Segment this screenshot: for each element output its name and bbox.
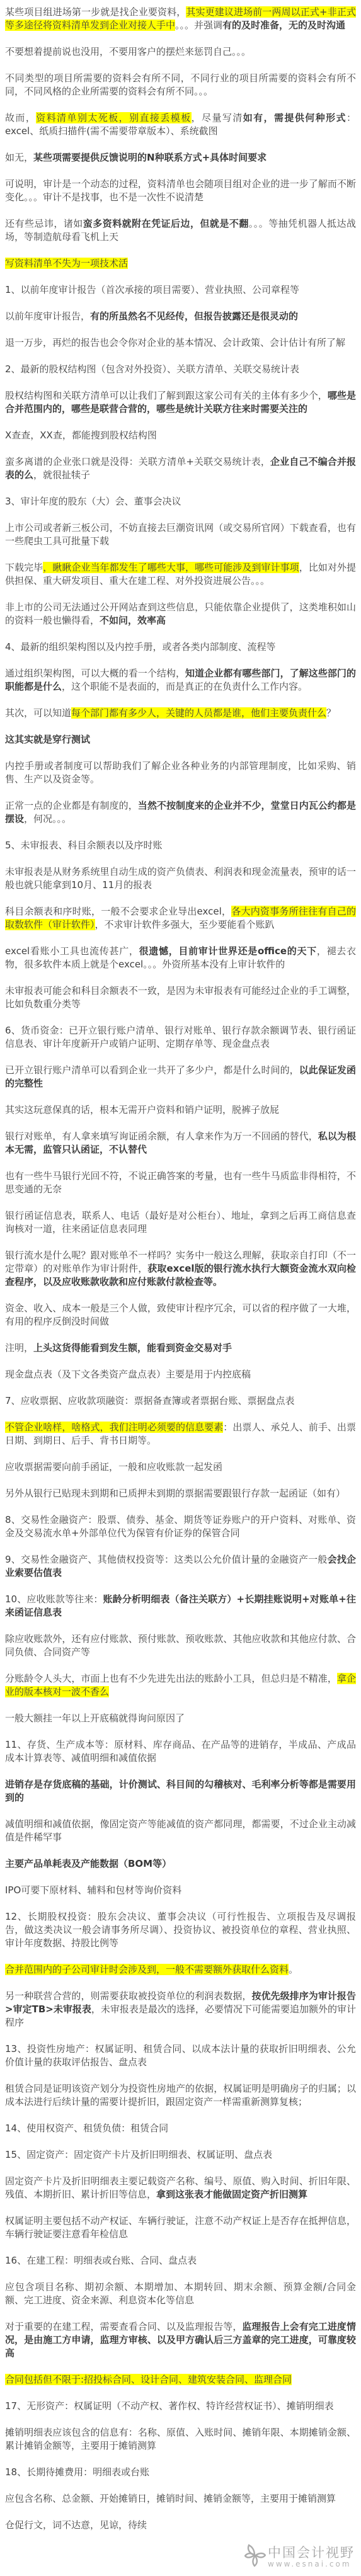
text-segment-normal: 通过组织架构图，可以大概的看一个结构， <box>5 668 185 679</box>
text-segment-normal: ？ <box>326 707 336 719</box>
text-segment-normal: 如无， <box>5 152 33 163</box>
paragraph: 下载完毕，瞅瞅企业当年都发生了哪些大事，哪些可能涉及到审计事项，比如对外提供担保… <box>5 561 356 588</box>
text-segment-normal: 未审报表可能会和科目余额表不一致，是因为未审报表有可能经过企业的手工调整，比如负… <box>5 985 356 1010</box>
paragraph: 如无，某些项需要提供反馈说明的N种联系方式+具体时间要求 <box>5 151 356 164</box>
text-segment-normal: 上市公司或者新三板公司，不妨直接去巨潮资讯网（或交易所官网）下载查看，也有一些爬… <box>5 522 356 547</box>
paragraph: 通过组织架构图，可以大概的看一个结构，知道企业都有哪些部门，了解这些部门的职能都… <box>5 667 356 693</box>
paragraph: 18、长期待摊费用：明细表或台账 <box>5 2466 356 2479</box>
text-segment-normal: 2、最新的股权结构图（包含对外投资）、关联方清单、关联交易统计表 <box>5 363 299 375</box>
text-segment-normal: 非上市的公司无法通过公开网站查到这些信息，只能依靠企业提供了，这类堆积如山的资料… <box>5 601 356 626</box>
article-body: 某些项目组进场第一步就是找企业要资料，其实更建议进场前一两周以正式+非正式等多途… <box>5 6 356 2532</box>
paragraph: 银行流水是什么呢？跟对账单不一样吗？实务中一般这么理解，获取亲自打印（不一定带章… <box>5 1249 356 1289</box>
text-segment-normal: 仓促行文，词不达意，见谅，待续 <box>5 2519 147 2531</box>
text-segment-normal: 还有些忌讳，诸如 <box>5 218 83 229</box>
text-segment-bold: 某些项需要提供反馈说明的N种联系方式+具体时间要求 <box>33 152 266 163</box>
text-segment-normal: 银行对账单，有人拿来填写询证函余额，有人拿来作为万一不回函的替代， <box>5 1131 318 1142</box>
text-segment-normal: 蛮多离谱的企业张口就是没得：关联方清单+关联交易统计表， <box>5 456 270 467</box>
text-segment-normal: 银行函证信息表，联系人、电话（最好是对公柜台）、地址，拿到之后再工商信息查询核对… <box>5 1210 356 1234</box>
text-segment-normal: 下载完毕 <box>5 562 43 573</box>
paragraph: 2、最新的股权结构图（包含对外投资）、关联方清单、关联交易统计表 <box>5 363 356 376</box>
text-segment-highlight: 写资料清单不失为一项技术活 <box>5 258 128 269</box>
paragraph: 6、货币资金：已开立银行账户清单、银行对账单、银行存款余额调节表、银行函证信息表… <box>5 1024 356 1051</box>
paragraph: 写资料清单不失为一项技术活 <box>5 257 356 270</box>
site-watermark: 中国会计视野 www.esnai.com <box>244 2543 355 2571</box>
paragraph: 进销存是存货底稿的基础，计价测试、科目间的勾稽核对、毛利率分析等都是需要用到的 <box>5 1778 356 1804</box>
watermark-site-name: 中国会计视野 <box>268 2546 355 2560</box>
paragraph: 应包含名称、总金额、开始摊销日，摊销时间、摊销金额等，主要用于摊销测算 <box>5 2492 356 2505</box>
text-segment-highlight: 资料清单别太死板，别直接丢模板 <box>36 112 191 123</box>
text-segment-bold: 主要产品单耗表及产能数据（BOM等） <box>5 1858 171 1869</box>
text-segment-normal: 不要想着提前说也没用，不要用客户的摆烂来惩罚自己。。。 <box>5 46 251 57</box>
paragraph: 减值明细和减值依据，像固定资产等能减值的资产都同理，都需要，不过企业主动减值是件… <box>5 1818 356 1844</box>
paragraph: 7、应收票据、应收款项融资：票据备查簿或者票据台账、票据盘点表 <box>5 1394 356 1408</box>
paragraph: 其实这玩意保真的话，根本无需开户资料和销户证明，脱裤子放屁 <box>5 1103 356 1117</box>
paragraph: 内控手册或者制度可以帮助我们了解企业各种业务的内部管理制度，比如采购、销售、生产… <box>5 760 356 786</box>
text-segment-bold: 蛮多资料就附在凭证后边，但就是不翻 <box>83 218 249 229</box>
paragraph: 14、使用权资产、租赁负债：租赁合同 <box>5 2122 356 2135</box>
paragraph: 13、投资性房地产：权属证明、租赁合同、以成本法计量的获取折旧明细表、公允价值计… <box>5 2043 356 2069</box>
text-segment-normal: 科目余额表和序时账，一般不会要求企业导出excel， <box>5 906 231 917</box>
text-segment-normal: 应包含项目名称、期初余额、本期增加、本期转回、期末余额、预算金额/合同金额、完工… <box>5 2281 356 2306</box>
paragraph: 5、未审报表、科目余额表以及序时账 <box>5 839 356 852</box>
text-segment-normal: 7、应收票据、应收款项融资：票据备查簿或者票据台账、票据盘点表 <box>5 1395 295 1406</box>
paragraph: 租赁合同是证明该资产划分为投资性房地产的依据，权属证明是明确房子的归属；以成本法… <box>5 2082 356 2109</box>
paragraph: 10、应收账款等往来：账龄分析明细表（备注关联方）+长期挂账说明+对账单+往来函… <box>5 1593 356 1619</box>
paragraph: 注明，上头这货得能看到发生额，能看到资金交易对手 <box>5 1342 356 1355</box>
paragraph: 仓促行文，词不达意，见谅，待续 <box>5 2519 356 2532</box>
paragraph: 分账龄令人头大，市面上也有不少先进先出法的账龄小工具，但总归是不精准，拿企业的版… <box>5 1672 356 1699</box>
text-segment-normal: 9、交易性金融资产、其他债权投资等：这类以公允价值计量的金融资产一般 <box>5 1554 328 1565</box>
paragraph: 12、长期股权投资：股东会决议、董事会决议（可行性报告、立项报告及尽调报告，做这… <box>5 1910 356 1950</box>
text-segment-bold: 这其实就是穿行测试 <box>5 734 90 745</box>
text-segment-normal: 其次，可以知道 <box>5 707 71 719</box>
text-segment-normal: 也有一些牛马银行光回不符，不说正确答案的考量，也有一些牛马质监非得相符，不思变通… <box>5 1170 356 1195</box>
paragraph: IPO可要下原材料、辅料和包材等询价资料 <box>5 1884 356 1897</box>
text-segment-normal: 13、投资性房地产：权属证明、租赁合同、以成本法计量的获取折旧明细表、公允价值计… <box>5 2043 356 2068</box>
text-segment-bold: 有的所虽然名不见经传，但报告披露还是很灵动的 <box>90 311 298 322</box>
paragraph: excel看账小工具也流传甚广，很遗憾，目前审计世界还是office的天下，褪去… <box>5 945 356 971</box>
paragraph: 可说明，审计是一个动态的过程，资料清单也会随项目组对企业的进一步了解而不断变化。… <box>5 178 356 204</box>
paragraph: 蛮多离谱的企业张口就是没得：关联方清单+关联交易统计表，企业自己不编合并报表的么… <box>5 455 356 482</box>
paragraph: 11、存货、生产成本等：原材料、库存商品、在产品等的进销存，半成品、产成品成本计… <box>5 1738 356 1765</box>
paragraph: 一般大额挂一年以上开底稿就得询问原因了 <box>5 1712 356 1725</box>
paragraph: 股权结构图和关联方清单可以让我们了解到跟这家公司有关的主体有多少个，哪些是合并范… <box>5 389 356 416</box>
paragraph: 15、固定资产：固定资产卡片及折旧明细表、权属证明、盘点表 <box>5 2148 356 2162</box>
text-segment-bold: 进销存是存货底稿的基础，计价测试、科目间的勾稽核对、毛利率分析等都是需要用到的 <box>5 1779 356 1803</box>
text-segment-highlight: 合并范围内的子公司审计时会涉及到，一般不需要额外获取什么资料 <box>5 1964 289 1975</box>
text-segment-normal: 一般大额挂一年以上开底稿就得询问原因了 <box>5 1713 185 1724</box>
paragraph: 合同包括但不限于:招投标合同、设计合同、建筑安装合同、监理合同 <box>5 2373 356 2386</box>
text-segment-normal: 资金、收入、成本一般是三个人做，致使审计程序冗余，可以省的程序做了一大堆，有用的… <box>5 1302 356 1327</box>
text-segment-normal: ，不求审计软件多强大，至少要能看个账趴 <box>95 919 275 930</box>
paragraph: 对于重要的在建工程，需要查看合同、以及监理报告等，监理报告上会有完工进度情况，是… <box>5 2320 356 2360</box>
text-segment-normal: 15、固定资产：固定资产卡片及折旧明细表、权属证明、盘点表 <box>5 2149 272 2160</box>
paragraph: 银行函证信息表，联系人、电话（最好是对公柜台）、地址，拿到之后再工商信息查询核对… <box>5 1209 356 1236</box>
paragraph: 科目余额表和序时账，一般不会要求企业导出excel，各大内资事务所往往有自己的取… <box>5 905 356 932</box>
paragraph: 16、在建工程：明细表或台账、合同、盘点表 <box>5 2254 356 2267</box>
paragraph: 非上市的公司无法通过公开网站查到这些信息，只能依靠企业提供了，这类堆积如山的资料… <box>5 601 356 627</box>
text-segment-normal: 18、长期待摊费用：明细表或台账 <box>5 2466 149 2478</box>
text-segment-normal: 12、长期股权投资：股东会决议、董事会决议（可行性报告、立项报告及尽调报告，做这… <box>5 1911 356 1949</box>
paragraph: 摊销明细表应该包含的信息有：名称、原值、入账时间、摊销年限、本期摊销金额、累计摊… <box>5 2426 356 2453</box>
text-segment-normal: 正常一点的企业都是有制度的， <box>5 800 138 811</box>
text-segment-normal: 4、最新的组织架构图以及内控手册，或者各类内部制度、流程等 <box>5 641 276 653</box>
text-segment-normal: 内控手册或者制度可以帮助我们了解企业各种业务的内部管理制度，比如采购、销售、生产… <box>5 760 356 785</box>
text-segment-normal: 另外从银行已贴现未到期和已质押未到期的票据需要跟银行存款一起函证（如有） <box>5 1488 345 1499</box>
text-segment-normal: 。 <box>289 1964 298 1975</box>
paragraph: 以前年度审计报告，有的所虽然名不见经传，但报告披露还是很灵动的 <box>5 310 356 323</box>
text-segment-highlight: 合同包括但不限于:招投标合同、设计合同、建筑安装合同、监理合同 <box>5 2374 292 2385</box>
text-segment-bold: 很遗憾，目前审计世界还是office的天下 <box>139 945 317 957</box>
text-segment-normal: 未审报表是从财务系统里自动生成的资产负债表、利润表和现金流量表，预审的话一般也就… <box>5 866 356 891</box>
text-segment-normal: ，尽量写清 <box>192 112 243 123</box>
paragraph: 8、交易性金融资产：股票、债券、基金、期货等证券账户的开户资料、对账单、资金及交… <box>5 1513 356 1540</box>
text-segment-normal: 11、存货、生产成本等：原材料、库存商品、在产品等的进销存，半成品、产成品成本计… <box>5 1739 356 1764</box>
text-segment-normal: 可说明，审计是一个动态的过程，资料清单也会随项目组对企业的进一步了解而不断变化。… <box>5 178 356 203</box>
text-segment-normal: 除应收账款外，还有应付账款、预付账款、预收账款、其他应收款和其他应付款、合同负债… <box>5 1633 356 1658</box>
paragraph: 不要想着提前说也没用，不要用客户的摆烂来惩罚自己。。。 <box>5 45 356 59</box>
text-segment-normal: 应收票据需要向前手函证，一般和应收账款一起发函 <box>5 1461 222 1473</box>
text-segment-normal: 1、以前年度审计报告（首次承接的项目需要）、营业执照、公司章程等 <box>5 284 299 295</box>
paragraph: 9、交易性金融资产、其他债权投资等：这类以公允价值计量的金融资产一般会找企业索要… <box>5 1553 356 1580</box>
text-segment-normal: 应包含名称、总金额、开始摊销日，摊销时间、摊销金额等，主要用于摊销测算 <box>5 2493 336 2504</box>
paragraph: 未审报表可能会和科目余额表不一致，是因为未审报表有可能经过企业的手工调整，比如负… <box>5 984 356 1011</box>
text-segment-normal: 10、应收账款等往来： <box>5 1593 103 1605</box>
text-segment-normal: ，就很扯犊子 <box>33 469 90 481</box>
text-segment-normal: excel看账小工具也流传甚广， <box>5 945 139 957</box>
text-segment-highlight: 每个部门都有多少人，关键的人员都是谁，他们主要负责什么 <box>71 707 326 719</box>
text-segment-normal: 以前年度审计报告， <box>5 311 90 322</box>
text-segment-normal: 16、在建工程：明细表或台账、合同、盘点表 <box>5 2255 197 2266</box>
text-segment-normal: 租赁合同是证明该资产划分为投资性房地产的依据，权属证明是明确房子的归属；以成本法… <box>5 2083 356 2107</box>
text-segment-normal: 故而， <box>5 112 36 123</box>
paragraph: 这其实就是穿行测试 <box>5 733 356 746</box>
watermark-site-url: www.esnai.com <box>268 2560 355 2568</box>
paragraph: 退一万步，再烂的报告也会令你对企业的基本情况、会计政策、会计估计有所了解 <box>5 336 356 350</box>
text-segment-normal: 。。。并强调 <box>175 20 222 31</box>
text-segment-normal: X查查，XX查，都能搜到股权结构图 <box>5 430 157 441</box>
text-segment-normal: 权属证明主要包括不动产权证、车辆行驶证，注意不动产权证上是否存在抵押信息，车辆行… <box>5 2215 356 2240</box>
text-segment-normal: 对于重要的在建工程，需要查看合同、以及监理报告等， <box>5 2321 242 2332</box>
text-segment-normal: 分账龄令人头大，市面上也有不少先进先出法的账龄小工具，但总归是不精准， <box>5 1673 337 1684</box>
paragraph: 合并范围内的子公司审计时会涉及到，一般不需要额外获取什么资料。 <box>5 1963 356 1976</box>
paragraph: 正常一点的企业都是有制度的，当然不按制度来的企业并不少，堂堂日内瓦公约都是摆设，… <box>5 799 356 826</box>
paragraph: 现金盘点表（及下文各类资产盘点表）主要是用于内控底稿 <box>5 1368 356 1381</box>
paragraph: 未审报表是从财务系统里自动生成的资产负债表、利润表和现金流量表，预审的话一般也就… <box>5 865 356 892</box>
paragraph: 3、审计年度的股东（大）会、董事会决议 <box>5 495 356 508</box>
text-segment-normal: 5、未审报表、科目余额表以及序时账 <box>5 840 163 851</box>
paragraph: 1、以前年度审计报告（首次承接的项目需要）、营业执照、公司章程等 <box>5 283 356 297</box>
paragraph: 还有些忌讳，诸如蛮多资料就附在凭证后边，但就是不翻。。。等抽凭机器人抵达战场，等… <box>5 217 356 244</box>
paragraph: 资金、收入、成本一般是三个人做，致使审计程序冗余，可以省的程序做了一大堆，有用的… <box>5 1302 356 1328</box>
paragraph: 另外从银行已贴现未到期和已质押未到期的票据需要跟银行存款一起函证（如有） <box>5 1487 356 1500</box>
text-segment-bold: 上头这货得能看到发生额，能看到资金交易对手 <box>33 1342 232 1354</box>
paragraph: 权属证明主要包括不动产权证、车辆行驶证，注意不动产权证上是否存在抵押信息，车辆行… <box>5 2214 356 2241</box>
text-segment-bold: 不如问，效率高 <box>100 615 166 626</box>
paragraph: 也有一些牛马银行光回不符，不说正确答案的考量，也有一些牛马质监非得相符，不思变通… <box>5 1170 356 1196</box>
paragraph: 应收票据需要向前手函证，一般和应收账款一起发函 <box>5 1461 356 1474</box>
paragraph: 银行对账单，有人拿来填写询证函余额，有人拿来作为万一不回函的替代，私以为根本无需… <box>5 1130 356 1156</box>
text-segment-normal: 现金盘点表（及下文各类资产盘点表）主要是用于内控底稿 <box>5 1369 251 1380</box>
text-segment-normal: IPO可要下原材料、辅料和包材等询价资料 <box>5 1884 181 1896</box>
text-segment-normal: 8、交易性金融资产：股票、债券、基金、期货等证券账户的开户资料、对账单、资金及交… <box>5 1514 356 1539</box>
text-segment-normal: 14、使用权资产、租赁负债：租赁合同 <box>5 2123 168 2134</box>
text-segment-normal: 退一万步，再烂的报告也会令你对企业的基本情况、会计政策、会计估计有所了解 <box>5 337 345 348</box>
text-segment-normal: ，这个职能不是表面的，而是真正的在负责什么工作内容。 <box>62 681 307 692</box>
text-segment-normal: 17、无形资产：权属证明（不动产权、著作权、特许经营权证书）、摊销明细表 <box>5 2400 334 2412</box>
paragraph: X查查，XX查，都能搜到股权结构图 <box>5 429 356 442</box>
text-segment-normal: 注明， <box>5 1342 33 1354</box>
text-segment-normal: 6、货币资金：已开立银行账户清单、银行对账单、银行存款余额调节表、银行函证信息表… <box>5 1025 356 1049</box>
paragraph: 固定资产卡片及折旧明细表主要记载资产名称、编号、原值、购入时间、折旧年限、残值、… <box>5 2175 356 2201</box>
text-segment-normal: 其实这玩意保真的话，根本无需开户资料和销户证明，脱裤子放屁 <box>5 1104 279 1115</box>
text-segment-normal: 摊销明细表应该包含的信息有：名称、原值、入账时间、摊销年限、本期摊销金额、累计摊… <box>5 2427 356 2451</box>
paragraph: 故而，资料清单别太死板，别直接丢模板，尽量写清如有，需提供何种形式：excel、… <box>5 111 356 138</box>
text-segment-normal: 另一种联营合营的，则需要获取被投资单位的利润表数据， <box>5 1990 251 2002</box>
paragraph: 某些项目组进场第一步就是找企业要资料，其实更建议进场前一两周以正式+非正式等多途… <box>5 6 356 32</box>
paragraph: 主要产品单耗表及产能数据（BOM等） <box>5 1857 356 1871</box>
text-segment-normal: 减值明细和减值依据，像固定资产等能减值的资产都同理，都需要，不过企业主动减值是件… <box>5 1818 356 1843</box>
paragraph: 不管企业啥样，啥格式，我们注明必须要的信息要素：出票人、承兑人、前手、出票日期、… <box>5 1421 356 1447</box>
paragraph: 上市公司或者新三板公司，不妨直接去巨潮资讯网（或交易所官网）下载查看，也有一些爬… <box>5 521 356 548</box>
text-segment-normal: 3、审计年度的股东（大）会、董事会决议 <box>5 496 181 507</box>
text-segment-highlight: ，瞅瞅企业当年都发生了哪些大事，哪些可能涉及到审计事项 <box>43 562 299 573</box>
text-segment-normal: ，何况。。。 <box>24 813 71 824</box>
paragraph: 4、最新的组织架构图以及内控手册，或者各类内部制度、流程等 <box>5 641 356 654</box>
text-segment-normal: 某些项目组进场第一步就是找企业要资料， <box>5 6 186 18</box>
paragraph: 其次，可以知道每个部门都有多少人，关键的人员都是谁，他们主要负责什么？ <box>5 707 356 720</box>
article-page: 某些项目组进场第一步就是找企业要资料，其实更建议进场前一两周以正式+非正式等多途… <box>0 0 361 2576</box>
text-segment-bold: 拿到这张表才能做固定资产折旧测算 <box>156 2189 307 2200</box>
text-segment-normal: 已开立银行账户清单可以看到企业一共开了多少户，都是什么时间的， <box>5 1064 299 1076</box>
flower-logo-icon <box>244 2543 266 2571</box>
paragraph: 除应收账款外，还有应付账款、预付账款、预收账款、其他应收款和其他应付款、合同负债… <box>5 1633 356 1659</box>
text-segment-normal: 不同类型的项目所需要的资料会有所不同，不同行业的项目所需要的资料会有所不同，不同… <box>5 72 356 97</box>
paragraph: 17、无形资产：权属证明（不动产权、著作权、特许经营权证书）、摊销明细表 <box>5 2400 356 2413</box>
text-segment-highlight: 不管企业啥样，啥格式，我们注明必须要的信息要素 <box>5 1422 223 1433</box>
paragraph: 已开立银行账户清单可以看到企业一共开了多少户，都是什么时间的，以此保证发函的完整… <box>5 1064 356 1090</box>
text-segment-bold: 如有，需提供何种形式 <box>243 112 347 123</box>
paragraph: 应包含项目名称、期初余额、本期增加、本期转回、期末余额、预算金额/合同金额、完工… <box>5 2281 356 2307</box>
paragraph: 另一种联营合营的，则需要获取被投资单位的利润表数据，按优先级排序为审计报告>审定… <box>5 1990 356 2029</box>
text-segment-normal: 股权结构图和关联方清单可以让我们了解到跟这家公司有关的主体有多少个， <box>5 390 328 401</box>
paragraph: 不同类型的项目所需要的资料会有所不同，不同行业的项目所需要的资料会有所不同，不同… <box>5 72 356 98</box>
text-segment-bold: 有的及时准备，无的及时沟通 <box>222 20 345 31</box>
